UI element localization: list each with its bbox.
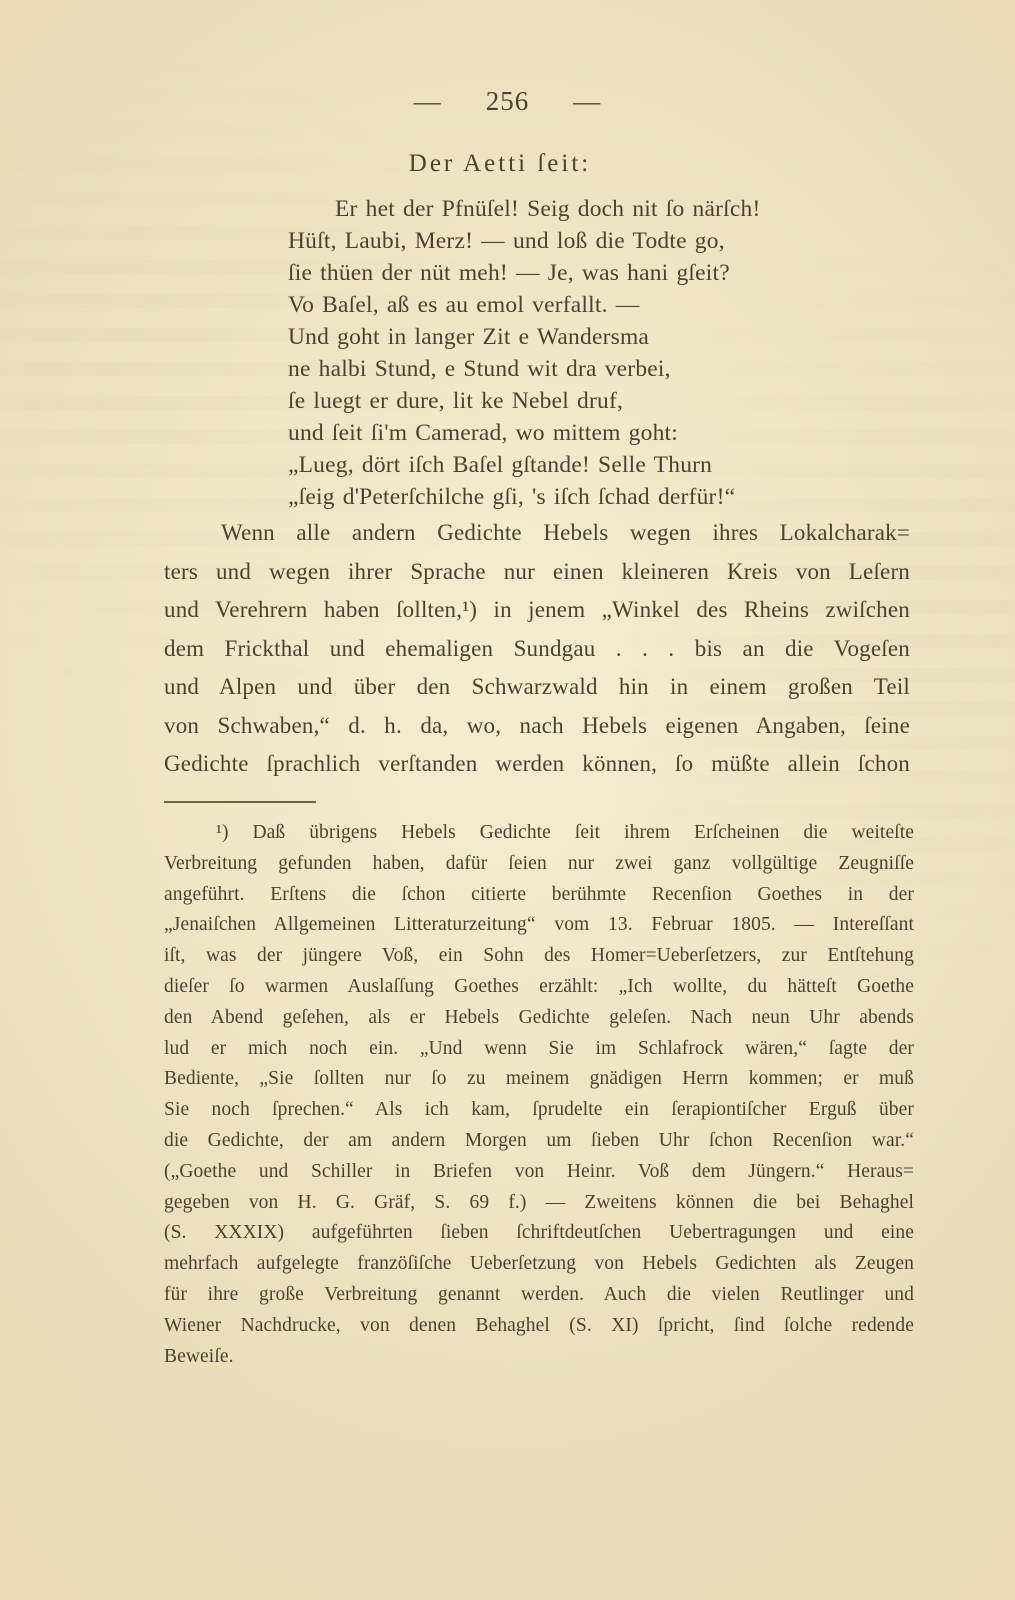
page-header: — 256 —: [0, 86, 1015, 117]
header-dash-left: —: [414, 86, 442, 117]
text-line: ſie thüen der nüt meh! — Je, was hani gſ…: [288, 257, 928, 289]
text-line: iſt, was der jüngere Voß, ein Sohn des H…: [164, 941, 914, 972]
text-line: Beweiſe.: [164, 1342, 914, 1373]
text-line: dieſer ſo warmen Auslaſſung Goethes erzä…: [164, 972, 914, 1003]
text-line: Er het der Pfnüſel! Seig doch nit ſo när…: [288, 193, 928, 225]
text-line: gegeben von H. G. Gräf, S. 69 f.) — Zwei…: [164, 1188, 914, 1219]
header-dash-right: —: [573, 86, 601, 117]
text-line: und Alpen und über den Schwarzwald hin i…: [164, 668, 910, 707]
text-line: Gedichte ſprachlich verſtanden werden kö…: [164, 745, 910, 784]
text-line: („Goethe und Schiller in Briefen von Hei…: [164, 1157, 914, 1188]
text-line: Hüſt, Laubi, Merz! — und loß die Todte g…: [288, 225, 928, 257]
text-line: lud er mich noch ein. „Und wenn Sie im S…: [164, 1034, 914, 1065]
text-line: (S. XXXIX) aufgeführten ſieben ſchriftde…: [164, 1218, 914, 1249]
text-line: ſe luegt er dure, lit ke Nebel druf,: [288, 385, 928, 417]
body-paragraph: Wenn alle andern Gedichte Hebels wegen i…: [164, 514, 910, 784]
text-line: Verbreitung gefunden haben, dafür ſeien …: [164, 849, 914, 880]
text-line: Sie noch ſprechen.“ Als ich kam, ſprudel…: [164, 1095, 914, 1126]
text-line: für ihre große Verbreitung genannt werde…: [164, 1280, 914, 1311]
text-line: ters und wegen ihrer Sprache nur einen k…: [164, 553, 910, 592]
text-line: Bediente, „Sie ſollten nur ſo zu meinem …: [164, 1064, 914, 1095]
book-page: — 256 — Der Aetti ſeit: Er het der Pfnüſ…: [0, 0, 1015, 1600]
poem-block: Er het der Pfnüſel! Seig doch nit ſo när…: [288, 193, 928, 513]
footnote-separator: [164, 801, 316, 803]
text-line: mehrfach aufgelegte franzöſiſche Ueberſe…: [164, 1249, 914, 1280]
text-line: „Lueg, dört iſch Baſel gſtande! Selle Th…: [288, 449, 928, 481]
text-line: Und goht in langer Zit e Wandersma: [288, 321, 928, 353]
text-line: Vo Baſel, aß es au emol verfallt. —: [288, 289, 928, 321]
text-line: ¹) Daß übrigens Hebels Gedichte ſeit ihr…: [164, 818, 914, 849]
text-line: ne halbi Stund, e Stund wit dra verbei,: [288, 353, 928, 385]
page-number: 256: [486, 86, 530, 117]
text-line: Wenn alle andern Gedichte Hebels wegen i…: [164, 514, 910, 553]
text-line: dem Frickthal und ehemaligen Sundgau . .…: [164, 630, 910, 669]
text-line: die Gedichte, der am andern Morgen um ſi…: [164, 1126, 914, 1157]
text-line: „ſeig d'Peterſchilche gſi, 's iſch ſchad…: [288, 481, 928, 513]
text-line: von Schwaben,“ d. h. da, wo, nach Hebels…: [164, 707, 910, 746]
poem-title: Der Aetti ſeit:: [0, 150, 1000, 178]
text-line: angeführt. Erſtens die ſchon citierte be…: [164, 880, 914, 911]
text-line: den Abend geſehen, als er Hebels Gedicht…: [164, 1003, 914, 1034]
text-line: und ſeit ſi'm Camerad, wo mittem goht:: [288, 417, 928, 449]
footnote-block: ¹) Daß übrigens Hebels Gedichte ſeit ihr…: [164, 818, 914, 1372]
text-line: und Verehrern haben ſollten,¹) in jenem …: [164, 591, 910, 630]
text-line: Wiener Nachdrucke, von denen Behaghel (S…: [164, 1311, 914, 1342]
text-line: „Jenaiſchen Allgemeinen Litteraturzeitun…: [164, 910, 914, 941]
